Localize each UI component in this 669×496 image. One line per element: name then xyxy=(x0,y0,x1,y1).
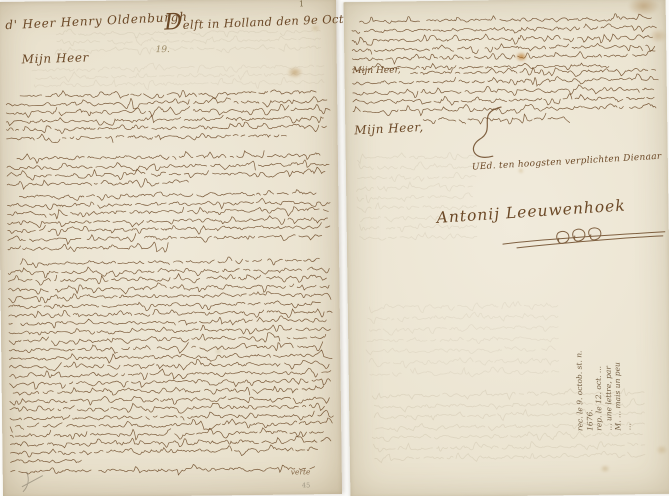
paragraph-opening: Mijn Heer, xyxy=(352,65,400,76)
letter-page-1: 1 d' Heer Henry Oldenburgh Delft in Holl… xyxy=(0,0,342,496)
calligraphic-flourish xyxy=(465,104,510,165)
show-through-line xyxy=(359,230,477,244)
letter-page-2: Mijn Heer, Mijn Heer, UEd. ten hoogsten … xyxy=(344,0,669,496)
signature-paraph xyxy=(497,224,669,254)
show-through-line xyxy=(369,365,559,380)
show-through-line xyxy=(375,449,645,465)
endorsement-note: rec. le 9. octob. st. n.1676.rep. le 12.… xyxy=(573,280,633,431)
handwriting-body-left xyxy=(0,0,336,2)
pencil-number: 45 xyxy=(302,481,310,489)
handwriting-body-right: Mijn Heer, xyxy=(344,0,666,2)
paper-stain xyxy=(600,465,610,473)
catchword: verte xyxy=(291,467,311,476)
handwriting-line xyxy=(7,130,284,145)
closing-salutation: Mijn Heer, xyxy=(354,120,424,137)
handwriting-line xyxy=(11,462,314,478)
show-through-line xyxy=(56,41,321,56)
paper-stain xyxy=(656,445,668,455)
pencil-mark xyxy=(19,470,47,494)
handwriting-line xyxy=(8,241,169,255)
manuscript-scan: 1 d' Heer Henry Oldenburgh Delft in Holl… xyxy=(0,0,669,496)
